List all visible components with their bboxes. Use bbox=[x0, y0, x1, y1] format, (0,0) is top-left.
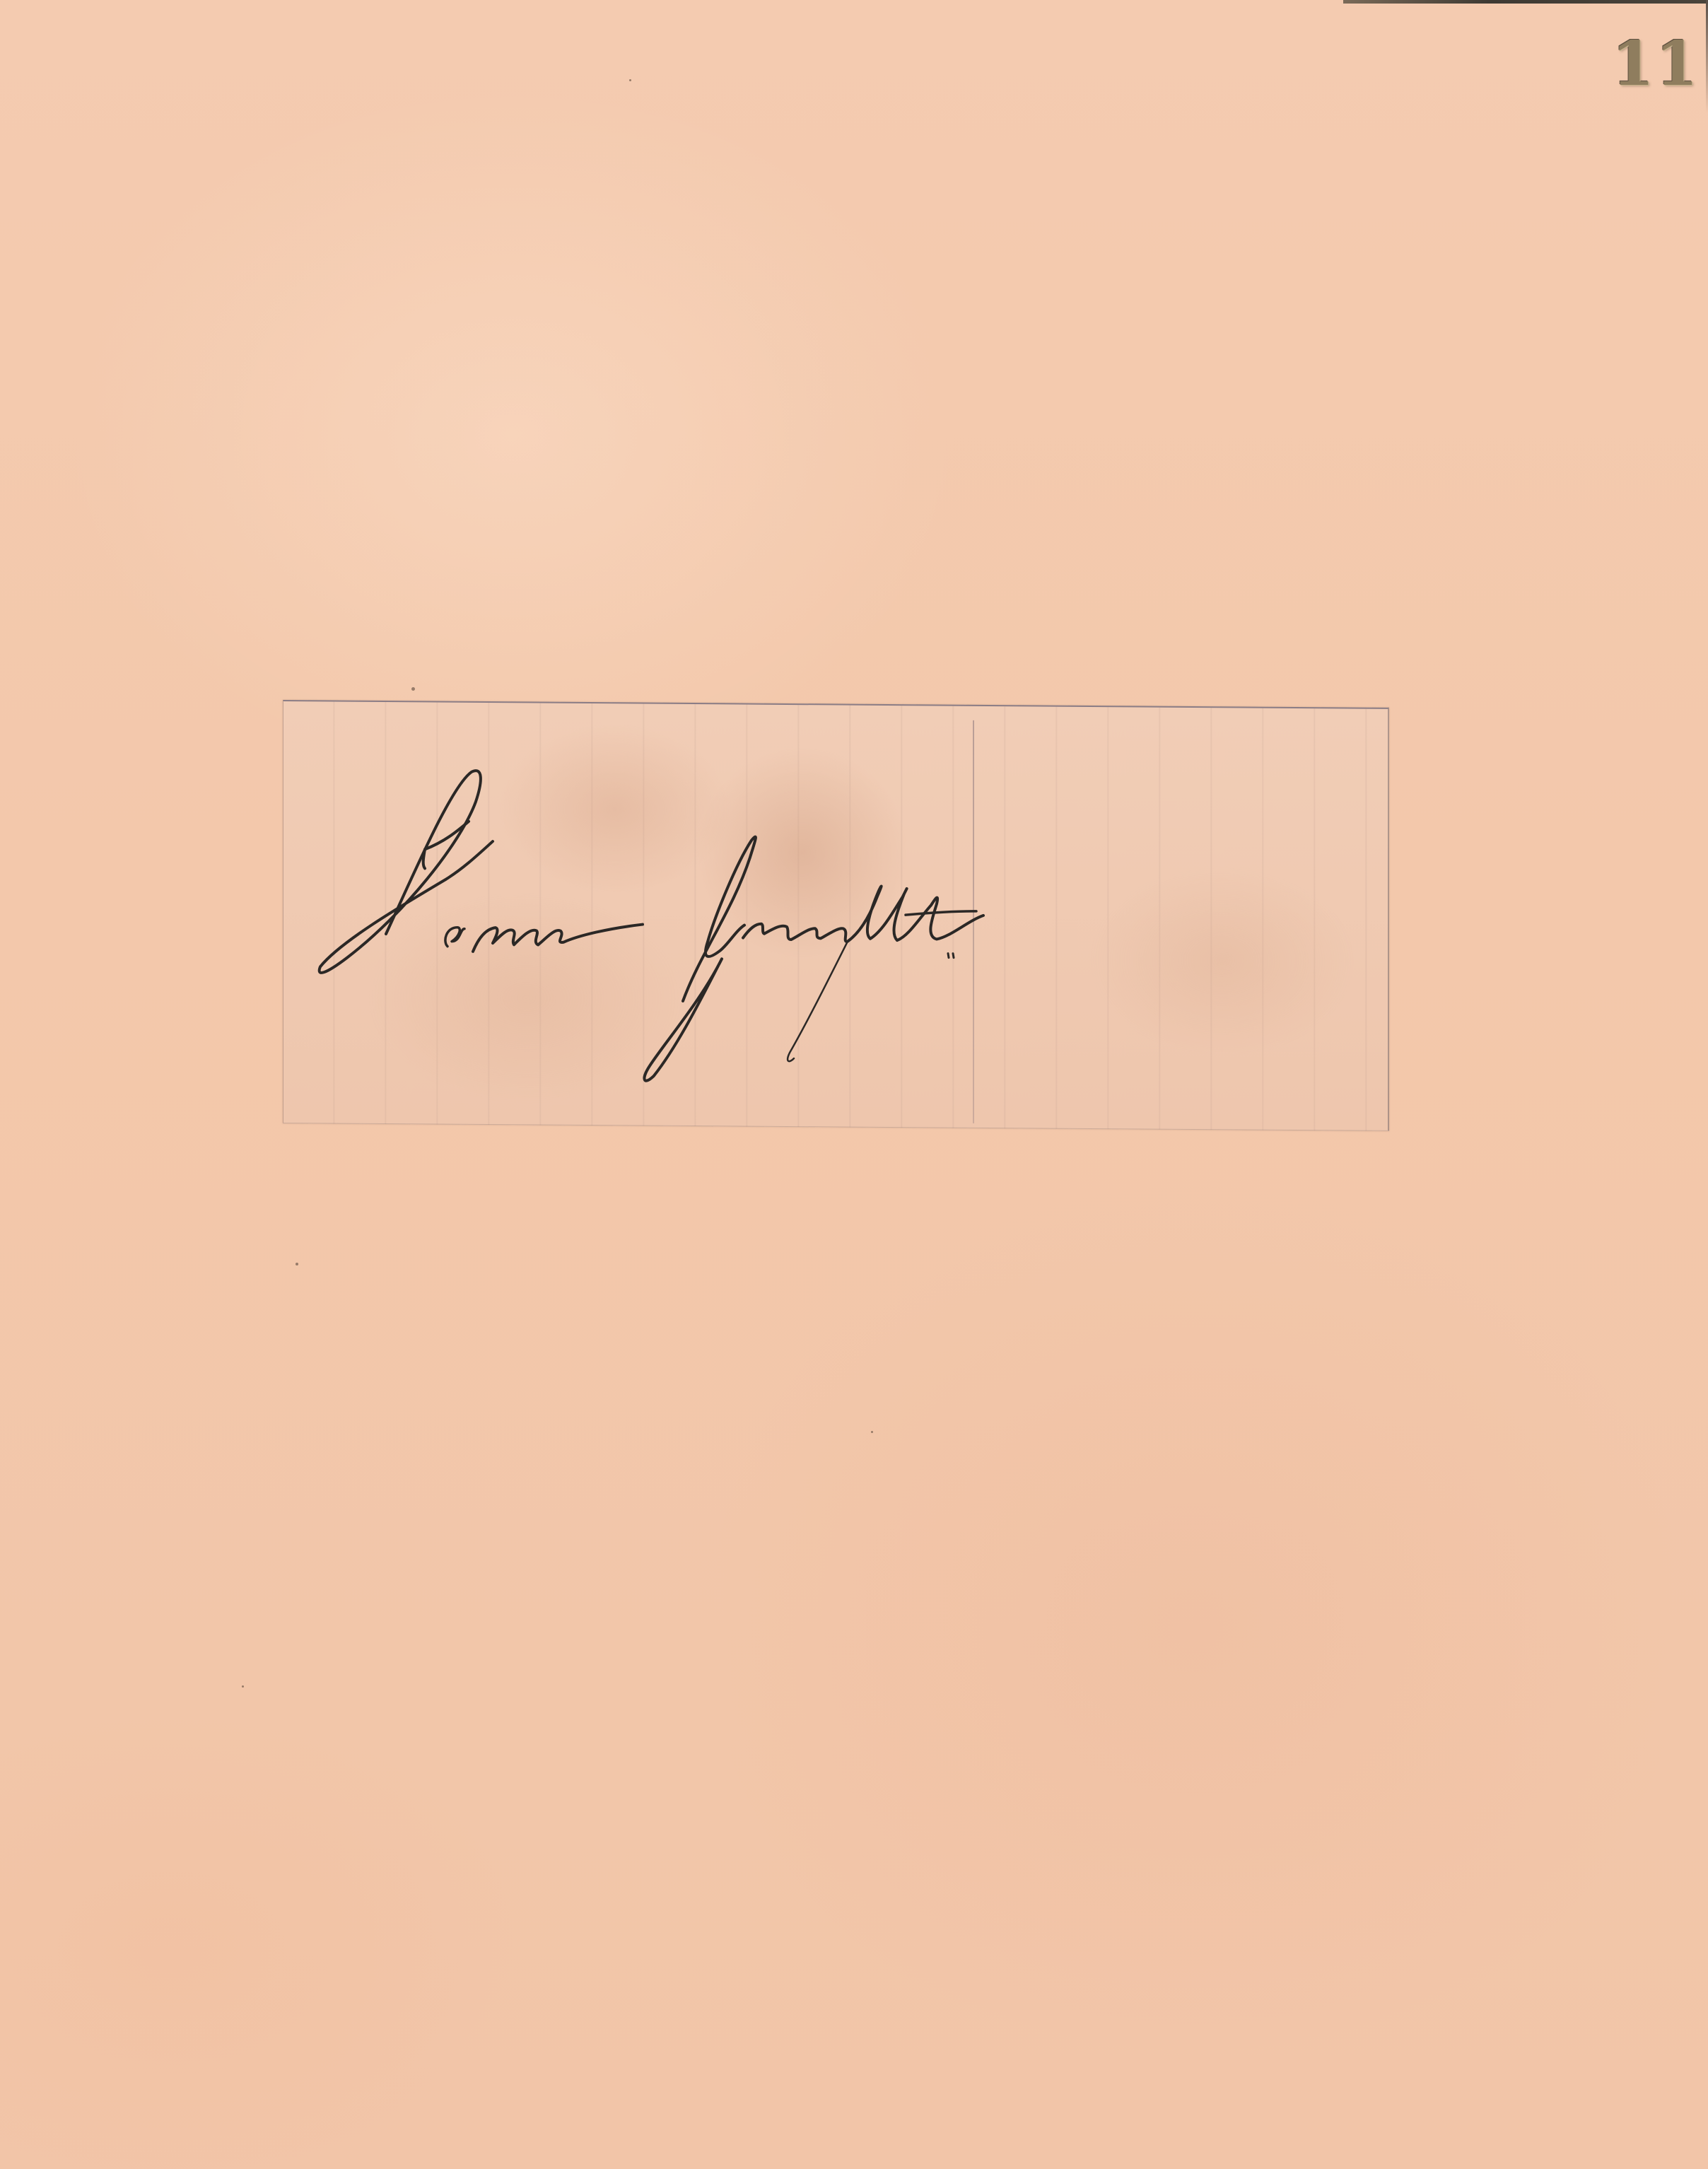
paper-speck bbox=[629, 79, 631, 81]
top-binding-edge bbox=[1343, 0, 1708, 4]
signature-clipping: Hanna Granfelt bbox=[283, 700, 1389, 1131]
paper-speck bbox=[411, 687, 415, 691]
page-number: 11 bbox=[1612, 34, 1700, 95]
paper-speck bbox=[242, 1685, 244, 1688]
paper-speck bbox=[296, 1263, 298, 1265]
paper-speck bbox=[871, 1431, 873, 1433]
album-page: 11 Hanna Granfelt bbox=[0, 0, 1708, 2169]
handwritten-signature bbox=[283, 701, 1388, 1130]
